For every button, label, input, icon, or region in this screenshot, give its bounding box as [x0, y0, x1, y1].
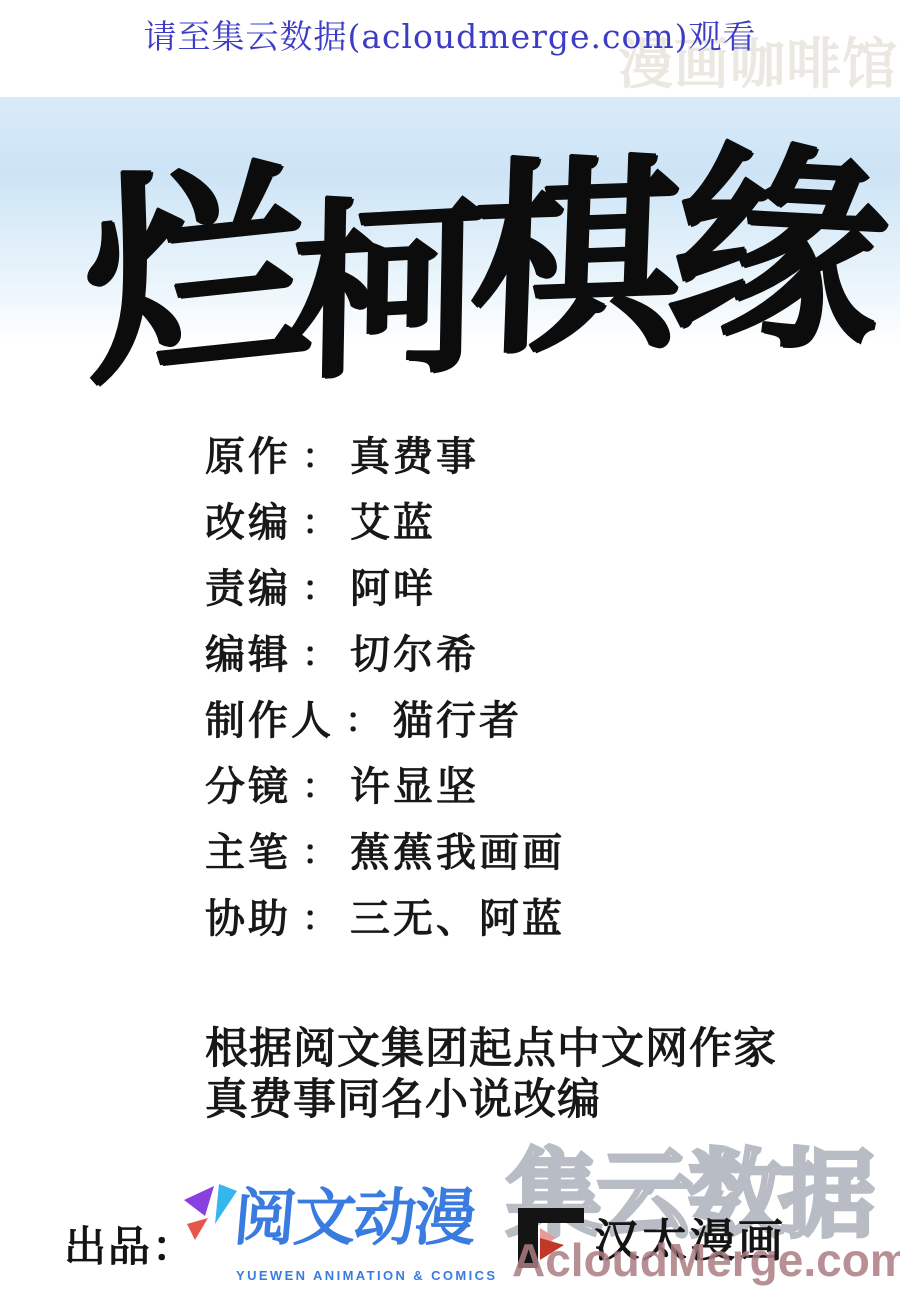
yuewen-logo-mark-icon — [182, 1184, 240, 1244]
produced-by-label: 出品： — [64, 1214, 196, 1274]
adaptation-note-line2: 真费事同名小说改编 — [205, 1075, 777, 1126]
credit-colon: ： — [295, 506, 345, 540]
yuewen-logo: 阅文动漫 YUEWEN ANIMATION & COMICS — [182, 1184, 502, 1294]
credit-row-lead-artist: 主笔：蕉蕉我画画 — [205, 833, 565, 873]
credit-colon: ： — [295, 440, 345, 474]
credit-label: 改编 — [205, 501, 291, 545]
credit-row-editor: 编辑：切尔希 — [205, 635, 565, 675]
credit-row-adapter: 改编：艾蓝 — [205, 503, 565, 543]
credit-row-assistants: 协助：三无、阿蓝 — [205, 899, 565, 939]
title-char-1: 烂 — [81, 153, 311, 397]
credit-label: 责编 — [205, 567, 291, 611]
credit-colon: ： — [295, 770, 345, 804]
credit-name: 猫行者 — [393, 699, 522, 743]
credit-label: 主笔 — [205, 831, 291, 875]
credit-row-storyboard: 分镜：许显坚 — [205, 767, 565, 807]
credit-colon: ： — [295, 572, 345, 606]
credits-list: 原作：真费事 改编：艾蓝 责编：阿咩 编辑：切尔希 制作人：猫行者 分镜：许显坚… — [205, 437, 565, 965]
credit-colon: ： — [295, 638, 345, 672]
title-char-3: 棋 — [467, 150, 683, 365]
credit-name: 阿咩 — [350, 567, 436, 611]
credit-name: 切尔希 — [350, 633, 479, 677]
credit-name: 真费事 — [350, 435, 479, 479]
credit-label: 制作人 — [205, 699, 334, 743]
credit-row-chief-editor: 责编：阿咩 — [205, 569, 565, 609]
title-char-2: 柯 — [289, 189, 485, 391]
credit-name: 蕉蕉我画画 — [350, 831, 565, 875]
credit-colon: ： — [295, 902, 345, 936]
bottom-url-watermark: AcloudMerge.com — [512, 1237, 900, 1283]
yuewen-logo-subtitle: YUEWEN ANIMATION & COMICS — [236, 1268, 498, 1283]
credit-name: 许显坚 — [350, 765, 479, 809]
credit-label: 编辑 — [205, 633, 291, 677]
credit-row-producer: 制作人：猫行者 — [205, 701, 565, 741]
series-title: 烂 柯 棋 缘 — [72, 150, 882, 440]
credit-colon: ： — [295, 836, 345, 870]
credit-label: 分镜 — [205, 765, 291, 809]
site-notice-text: 请至集云数据(acloudmerge.com)观看 — [0, 11, 900, 58]
title-char-4: 缘 — [659, 139, 898, 364]
adaptation-note-line1: 根据阅文集团起点中文网作家 — [205, 1024, 777, 1075]
credit-name: 艾蓝 — [350, 501, 436, 545]
credit-label: 原作 — [205, 435, 291, 479]
adaptation-note: 根据阅文集团起点中文网作家 真费事同名小说改编 — [205, 1024, 777, 1126]
yuewen-logo-text: 阅文动漫 — [231, 1188, 476, 1250]
credit-name: 三无、阿蓝 — [350, 897, 565, 941]
credit-colon: ： — [338, 704, 388, 738]
credit-label: 协助 — [205, 897, 291, 941]
credit-row-original-author: 原作：真费事 — [205, 437, 565, 477]
